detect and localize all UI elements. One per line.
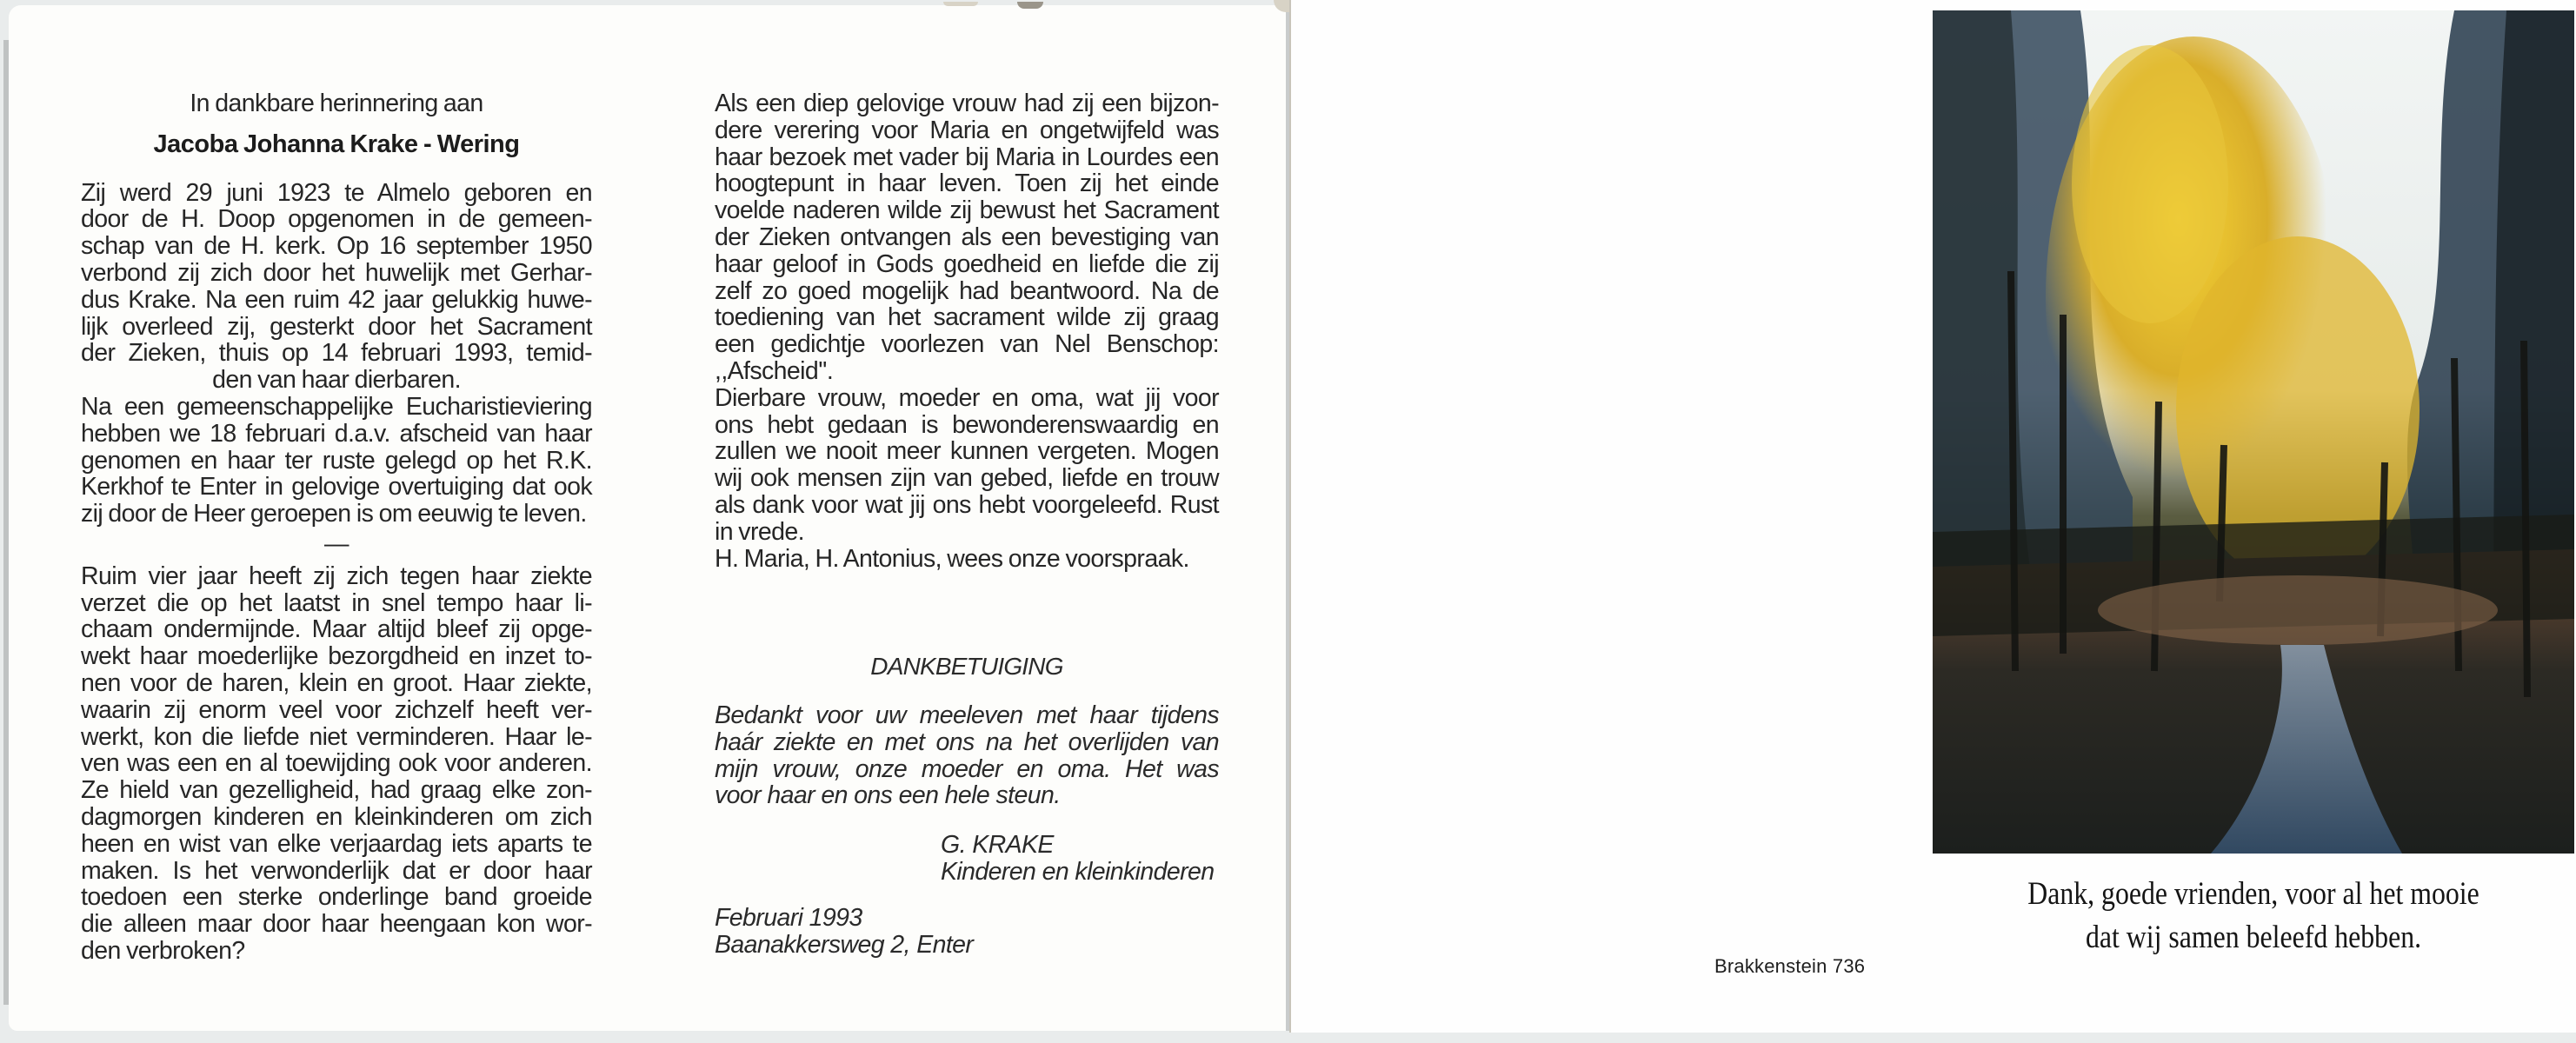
date-address-block: Februari 1993 Baanakkersweg 2, Enter: [715, 905, 973, 959]
text-column-right: Als een diep gelovige vrouw had zij een …: [715, 90, 1219, 572]
text-line: heen en wist van elke verjaardag iets ap…: [81, 831, 592, 858]
text-line: Na een gemeenschappelijke Eucharistievie…: [81, 394, 592, 421]
deceased-name: Jacoba Johanna Krake - Wering: [81, 131, 592, 158]
text-line: Kerkhof te Enter in gelovige overtuiging…: [81, 474, 592, 501]
date-line: Februari 1993: [715, 905, 973, 932]
text-line: in vrede.: [715, 519, 1219, 546]
text-line: haár ziekte en met ons na het overlijden…: [715, 729, 1219, 756]
text-line: mijn vrouw, onze moeder en oma. Het was: [715, 756, 1219, 783]
text-line: werkt, kon die liefde niet verminderen. …: [81, 724, 592, 751]
text-line: toediening van het sacrament wilde zij g…: [715, 304, 1219, 331]
biography-paragraph: Zij werd 29 juni 1923 te Almelo geboren …: [81, 180, 592, 394]
illness-paragraph: Ruim vier jaar heeft zij zich tegen haar…: [81, 563, 592, 965]
text-line: Als een diep gelovige vrouw had zij een …: [715, 90, 1219, 117]
text-line: waarin zij enorm veel voor zichzelf heef…: [81, 697, 592, 724]
text-line: zelf zo goed mogelijk had beantwoord. Na…: [715, 278, 1219, 305]
text-line: verzet die op het laatst in snel tempo h…: [81, 590, 592, 617]
separator-dash: —: [81, 531, 592, 558]
text-line: Ze hield van gezelligheid, had graag elk…: [81, 777, 592, 804]
forest-photo-illustration: [1933, 10, 2574, 854]
text-line: Bedankt voor uw meeleven met haar tijden…: [715, 702, 1219, 729]
text-line: dagmorgen kinderen en kleinkinderen om z…: [81, 804, 592, 831]
text-line: verbond zij zich door het huwelijk met G…: [81, 260, 592, 287]
photo-caption: Dank, goede vrienden, voor al het mooie …: [1978, 873, 2530, 960]
text-line: als dank voor wat jij ons hebt voorgelee…: [715, 492, 1219, 519]
text-line: hebben we 18 februari d.a.v. afscheid va…: [81, 421, 592, 448]
text-line: der Zieken ontvangen als een bevestiging…: [715, 224, 1219, 251]
text-line: ons hebt gedaan is bewonderenswaardig en: [715, 412, 1219, 439]
text-line: schap van de H. kerk. Op 16 september 19…: [81, 233, 592, 260]
text-line: maken. Is het verwonderlijk dat er door …: [81, 858, 592, 885]
text-line: Ruim vier jaar heeft zij zich tegen haar…: [81, 563, 592, 590]
paper-notch: [1017, 2, 1043, 9]
funeral-paragraph: Na een gemeenschappelijke Eucharistievie…: [81, 394, 592, 528]
forest-path-photo: [1933, 10, 2574, 854]
address-line: Baanakkersweg 2, Enter: [715, 932, 973, 959]
text-line: zullen we nooit meer kunnen vergeten. Mo…: [715, 438, 1219, 465]
text-line: den van haar dierbaren.: [81, 367, 592, 394]
text-line: genomen en haar ter ruste gelegd op het …: [81, 448, 592, 475]
text-line: ,,Afscheid''.: [715, 358, 1219, 385]
text-line: door de H. Doop opgenomen in de gemeen-: [81, 206, 592, 233]
paper-notch: [943, 2, 978, 6]
caption-line-2: dat wij samen beleefd hebben.: [1978, 916, 2530, 960]
farewell-paragraph: Dierbare vrouw, moeder en oma, wat jij v…: [715, 385, 1219, 546]
caption-line-1: Dank, goede vrienden, voor al het mooie: [1978, 873, 2530, 916]
text-line: nen voor de haren, klein en groot. Haar …: [81, 670, 592, 697]
text-line: Dierbare vrouw, moeder en oma, wat jij v…: [715, 385, 1219, 412]
text-line: wij ook mensen zijn van gebed, liefde en…: [715, 465, 1219, 492]
text-line: zij door de Heer geroepen is om eeuwig t…: [81, 501, 592, 528]
text-line: voelde naderen wilde zij bewust het Sacr…: [715, 197, 1219, 224]
text-line: Zij werd 29 juni 1923 te Almelo geboren …: [81, 180, 592, 207]
text-line: voor haar en ons een hele steun.: [715, 782, 1219, 809]
text-line: toedoen een sterke onderlinge band groei…: [81, 884, 592, 911]
thanks-heading: DANKBETUIGING: [715, 653, 1219, 681]
faith-paragraph: Als een diep gelovige vrouw had zij een …: [715, 90, 1219, 385]
text-line: wekt haar moederlijke bezorgdheid en inz…: [81, 643, 592, 670]
text-line: den verbroken?: [81, 938, 592, 965]
text-line: lijk overleed zij, gesterkt door het Sac…: [81, 314, 592, 341]
text-line: chaam ondermijnde. Maar altijd bleef zij…: [81, 616, 592, 643]
signature-family: Kinderen en kleinkinderen: [941, 859, 1215, 886]
signature-block: G. KRAKE Kinderen en kleinkinderen: [941, 832, 1215, 886]
text-line: dus Krake. Na een ruim 42 jaar gelukkig …: [81, 287, 592, 314]
thanks-paragraph: Bedankt voor uw meeleven met haar tijden…: [715, 702, 1219, 809]
text-column-left: In dankbare herinnering aan Jacoba Johan…: [81, 90, 592, 965]
text-line: hoogtepunt in haar leven. Toen zij het e…: [715, 170, 1219, 197]
signature-name: G. KRAKE: [941, 832, 1215, 859]
publisher-label: Brakkenstein 736: [1714, 955, 1865, 978]
prayer-line: H. Maria, H. Antonius, wees onze voorspr…: [715, 546, 1219, 573]
text-line: dere verering voor Maria en ongetwijfeld…: [715, 117, 1219, 144]
text-line: die alleen maar door haar heengaan kon w…: [81, 911, 592, 938]
text-line: een gedichtje voorlezen van Nel Benschop…: [715, 331, 1219, 358]
text-line: ven was een en al toewijding ook voor an…: [81, 750, 592, 777]
intro-heading: In dankbare herinnering aan: [81, 90, 592, 117]
text-line: haar bezoek met vader bij Maria in Lourd…: [715, 144, 1219, 171]
text-line: haar geloof in Gods goedheid en liefde d…: [715, 251, 1219, 278]
text-line: der Zieken, thuis op 14 februari 1993, t…: [81, 340, 592, 367]
